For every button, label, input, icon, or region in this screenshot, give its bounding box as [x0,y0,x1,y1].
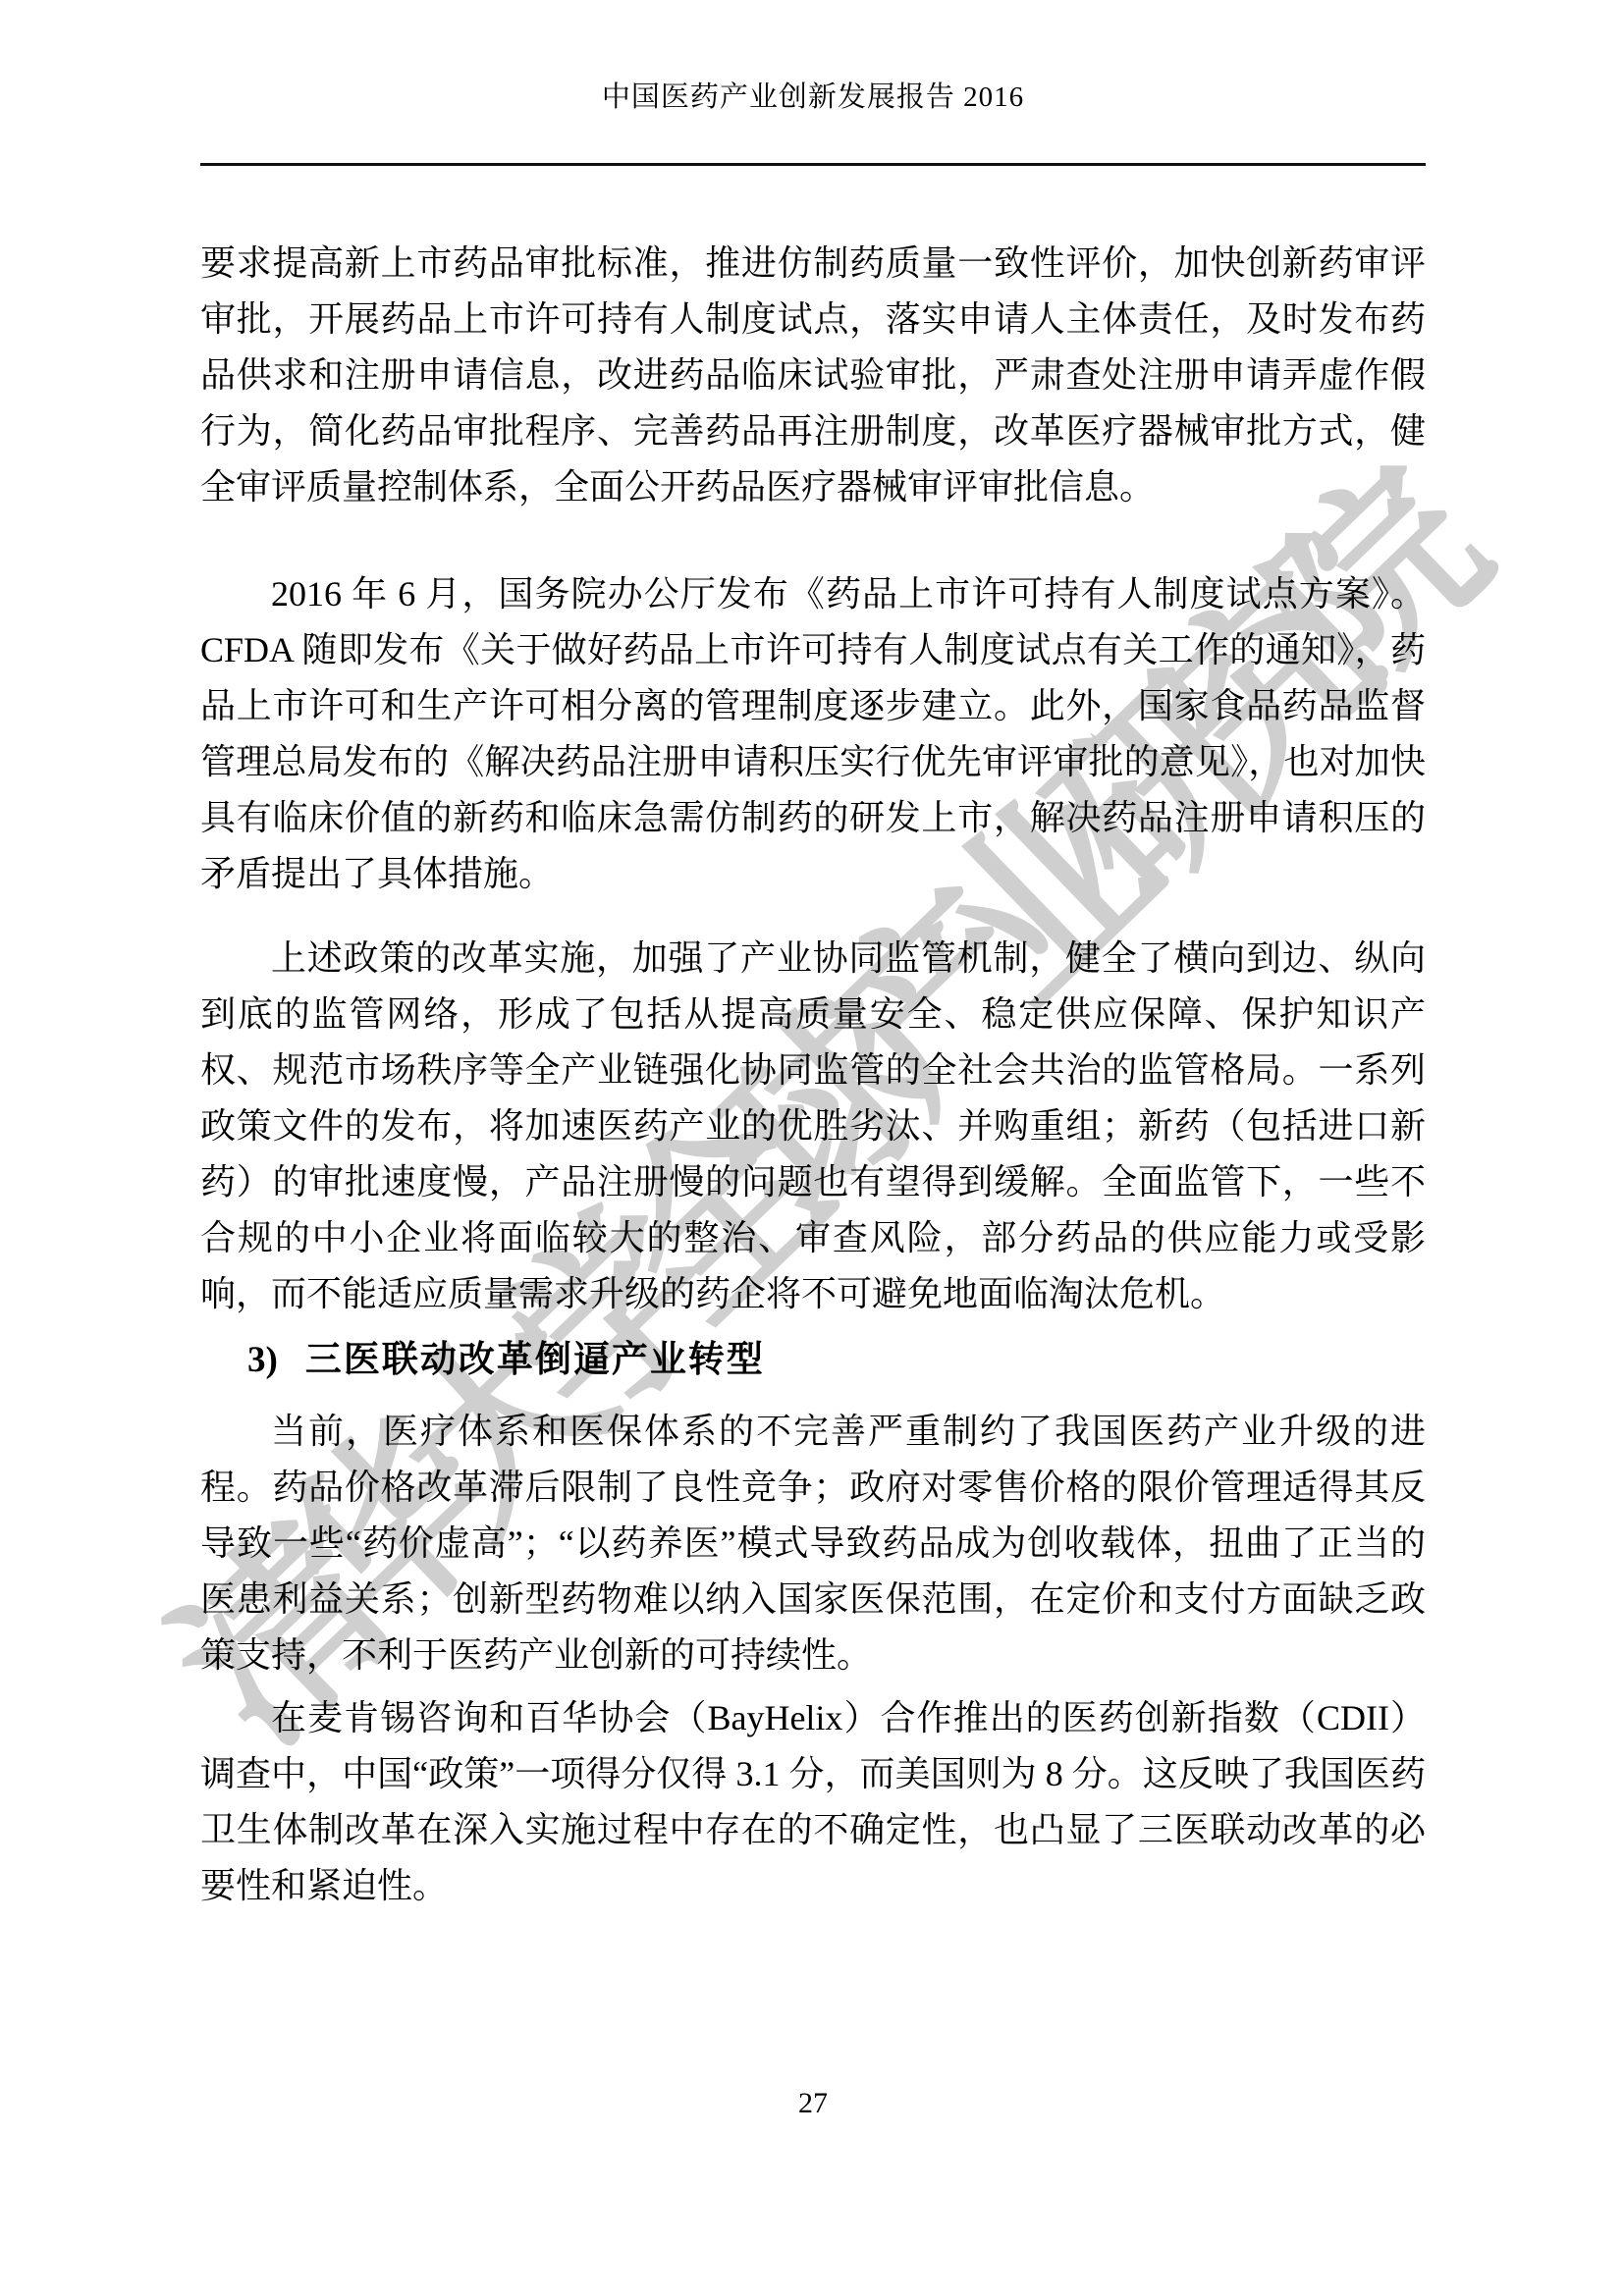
body-paragraph-5: 在麦肯锡咨询和百华协会（BayHelix）合作推出的医药创新指数（CDII）调查… [200,1690,1426,1914]
document-page: 清华大学全球产业研究院 中国医药产业创新发展报告 2016 要求提高新上市药品审… [0,0,1624,2296]
body-paragraph-4: 当前，医疗体系和医保体系的不完善严重制约了我国医药产业升级的进程。药品价格改革滞… [200,1404,1426,1683]
body-paragraph-2: 2016 年 6 月，国务院办公厅发布《药品上市许可持有人制度试点方案》。CFD… [200,566,1426,902]
body-paragraph-1: 要求提高新上市药品审批标准，推进仿制药质量一致性评价，加快创新药审评审批，开展药… [200,236,1426,515]
section-heading-number: 3) [247,1340,278,1380]
section-heading: 3)三医联动改革倒逼产业转型 [200,1331,1426,1388]
page-header-title: 中国医药产业创新发展报告 2016 [200,75,1426,115]
content-layer: 中国医药产业创新发展报告 2016 要求提高新上市药品审批标准，推进仿制药质量一… [0,0,1624,2296]
header-divider [200,163,1426,166]
page-number: 27 [200,2087,1426,2120]
body-paragraph-3: 上述政策的改革实施，加强了产业协同监管机制，健全了横向到边、纵向到底的监管网络，… [200,931,1426,1322]
section-heading-title: 三医联动改革倒逼产业转型 [305,1338,765,1380]
